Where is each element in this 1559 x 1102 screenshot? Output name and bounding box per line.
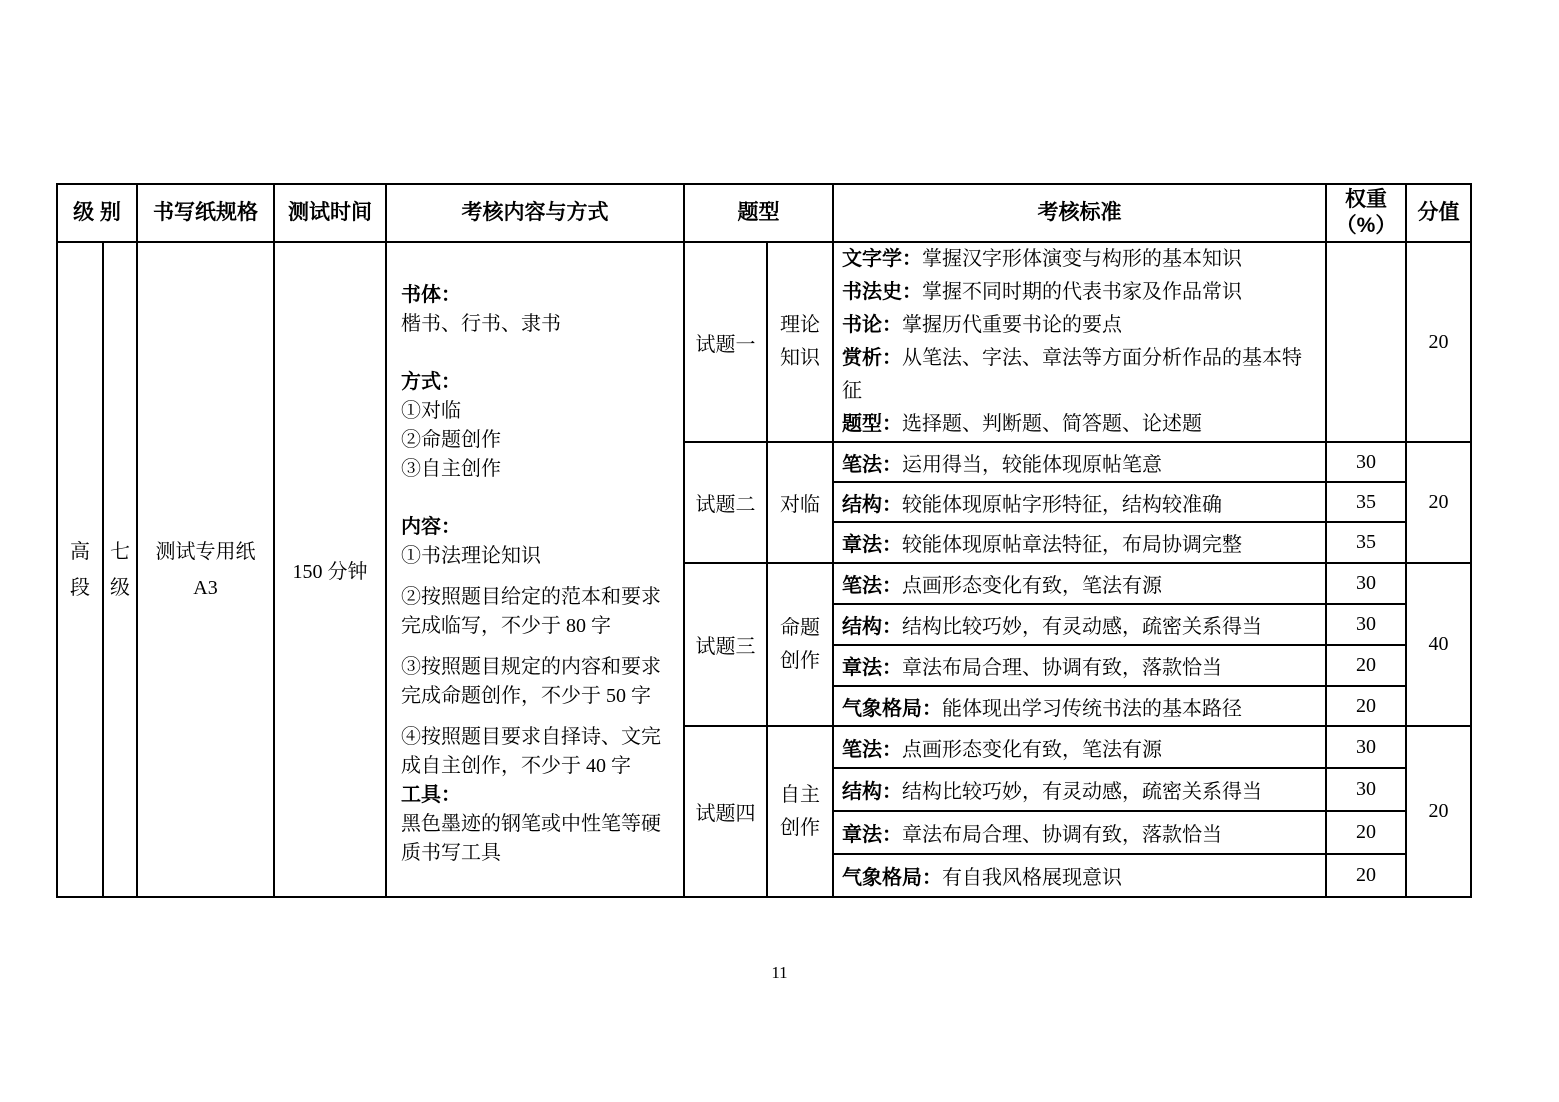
criteria-desc: 结构比较巧妙，有灵动感，疏密关系得当 [902,616,1262,638]
criteria-desc: 章法布局合理、协调有致，落款恰当 [902,824,1222,846]
header-content-method: 考核内容与方式 [386,184,684,242]
weight-cell: 35 [1326,482,1406,522]
header-score: 分值 [1406,184,1471,242]
criteria-desc: 从笔法、字法、章法等方面分析作品的基本特征 [842,347,1302,402]
criteria-cell: 笔法：运用得当，较能体现原帖笔意 [833,442,1326,482]
criteria-cell: 文字学：掌握汉字形体演变与构形的基本知识 书法史：掌握不同时期的代表书家及作品常… [833,242,1326,442]
criteria-term: 章法： [842,534,902,556]
criteria-desc: 较能体现原帖章法特征，布局协调完整 [902,534,1242,556]
header-paper-spec: 书写纸规格 [137,184,274,242]
content-line: 书体： [401,281,671,310]
score-cell: 20 [1406,726,1471,897]
criteria-cell: 章法：章法布局合理、协调有致，落款恰当 [833,811,1326,854]
grading-spec-table: 级 别 书写纸规格 测试时间 考核内容与方式 题型 考核标准 权重 （%） 分值… [56,183,1472,898]
stage-cell: 高 段 [57,242,103,897]
criteria-term: 书论： [842,314,902,336]
content-line: ③自主创作 [401,455,671,484]
criteria-line: 赏析：从笔法、字法、章法等方面分析作品的基本特征 [842,342,1317,408]
criteria-cell: 章法：较能体现原帖章法特征，布局协调完整 [833,522,1326,563]
criteria-term: 赏析： [842,347,902,369]
weight-cell: 35 [1326,522,1406,563]
header-criteria: 考核标准 [833,184,1326,242]
criteria-line: 书论：掌握历代重要书论的要点 [842,309,1317,342]
criteria-term: 结构： [842,494,902,516]
content-method-cell: 书体： 楷书、行书、隶书 方式： ①对临 ②命题创作 ③自主创作 内容： ①书法… [386,242,684,897]
weight-cell: 20 [1326,645,1406,686]
content-line: 楷书、行书、隶书 [401,310,671,339]
criteria-term: 笔法： [842,575,902,597]
content-line: 内容： [401,513,671,542]
weight-cell: 20 [1326,811,1406,854]
criteria-line: 书法史：掌握不同时期的代表书家及作品常识 [842,276,1317,309]
criteria-desc: 掌握不同时期的代表书家及作品常识 [922,281,1242,303]
weight-cell: 20 [1326,686,1406,726]
header-level: 级 别 [57,184,137,242]
question-subtype-cell: 命题 创作 [767,563,833,726]
score-cell: 40 [1406,563,1471,726]
content-line: ②命题创作 [401,426,671,455]
page-number: 11 [0,963,1559,983]
criteria-term: 书法史： [842,281,922,303]
criteria-term: 章法： [842,657,902,679]
criteria-term: 气象格局： [842,867,942,889]
criteria-line: 题型：选择题、判断题、简答题、论述题 [842,408,1317,441]
question-cell: 试题三 [684,563,767,726]
criteria-desc: 结构比较巧妙，有灵动感，疏密关系得当 [902,781,1262,803]
criteria-desc: 点画形态变化有致，笔法有源 [902,575,1162,597]
criteria-desc: 选择题、判断题、简答题、论述题 [902,413,1202,435]
question-cell: 试题四 [684,726,767,897]
content-line: ④按照题目要求自择诗、文完成自主创作，不少于 40 字 [401,723,671,781]
criteria-cell: 气象格局：有自我风格展现意识 [833,854,1326,897]
criteria-term: 结构： [842,781,902,803]
content-line: ③按照题目规定的内容和要求完成命题创作，不少于 50 字 [401,653,671,711]
weight-cell: 20 [1326,854,1406,897]
criteria-term: 笔法： [842,454,902,476]
paper-spec-cell: 测试专用纸 A3 [137,242,274,897]
question-cell: 试题二 [684,442,767,563]
criteria-cell: 章法：章法布局合理、协调有致，落款恰当 [833,645,1326,686]
question-subtype-cell: 自主 创作 [767,726,833,897]
criteria-cell: 结构：结构比较巧妙，有灵动感，疏密关系得当 [833,604,1326,645]
criteria-desc: 较能体现原帖字形特征，结构较准确 [902,494,1222,516]
document-page: 级 别 书写纸规格 测试时间 考核内容与方式 题型 考核标准 权重 （%） 分值… [0,0,1559,1102]
weight-cell: 30 [1326,768,1406,811]
weight-cell [1326,242,1406,442]
question-cell: 试题一 [684,242,767,442]
content-line: 工具： [401,781,671,810]
header-question-type: 题型 [684,184,833,242]
score-cell: 20 [1406,442,1471,563]
criteria-desc: 掌握历代重要书论的要点 [902,314,1122,336]
question-subtype-cell: 对临 [767,442,833,563]
criteria-cell: 结构：结构比较巧妙，有灵动感，疏密关系得当 [833,768,1326,811]
weight-cell: 30 [1326,604,1406,645]
criteria-desc: 点画形态变化有致，笔法有源 [902,739,1162,761]
weight-cell: 30 [1326,563,1406,604]
criteria-cell: 气象格局：能体现出学习传统书法的基本路径 [833,686,1326,726]
content-line: 方式： [401,368,671,397]
content-line: 黑色墨迹的钢笔或中性笔等硬质书写工具 [401,810,671,868]
score-cell: 20 [1406,242,1471,442]
criteria-term: 结构： [842,616,902,638]
header-row: 级 别 书写纸规格 测试时间 考核内容与方式 题型 考核标准 权重 （%） 分值 [57,184,1471,242]
table-row: 高 段 七 级 测试专用纸 A3 150 分钟 书体： 楷书、行书、隶书 方式：… [57,242,1471,442]
criteria-desc: 章法布局合理、协调有致，落款恰当 [902,657,1222,679]
weight-cell: 30 [1326,442,1406,482]
question-subtype-cell: 理论 知识 [767,242,833,442]
criteria-desc: 有自我风格展现意识 [942,867,1122,889]
criteria-term: 章法： [842,824,902,846]
criteria-term: 题型： [842,413,902,435]
criteria-term: 气象格局： [842,698,942,720]
criteria-desc: 能体现出学习传统书法的基本路径 [942,698,1242,720]
content-line: ②按照题目给定的范本和要求完成临写，不少于 80 字 [401,583,671,641]
criteria-term: 文字学： [842,248,922,270]
criteria-term: 笔法： [842,739,902,761]
criteria-cell: 结构：较能体现原帖字形特征，结构较准确 [833,482,1326,522]
criteria-desc: 运用得当，较能体现原帖笔意 [902,454,1162,476]
criteria-desc: 掌握汉字形体演变与构形的基本知识 [922,248,1242,270]
header-weight: 权重 （%） [1326,184,1406,242]
criteria-cell: 笔法：点画形态变化有致，笔法有源 [833,563,1326,604]
weight-cell: 30 [1326,726,1406,768]
criteria-line: 文字学：掌握汉字形体演变与构形的基本知识 [842,243,1317,276]
criteria-cell: 笔法：点画形态变化有致，笔法有源 [833,726,1326,768]
content-line: ①对临 [401,397,671,426]
content-line: ①书法理论知识 [401,542,671,571]
test-time-cell: 150 分钟 [274,242,386,897]
grade-cell: 七 级 [103,242,137,897]
header-test-time: 测试时间 [274,184,386,242]
